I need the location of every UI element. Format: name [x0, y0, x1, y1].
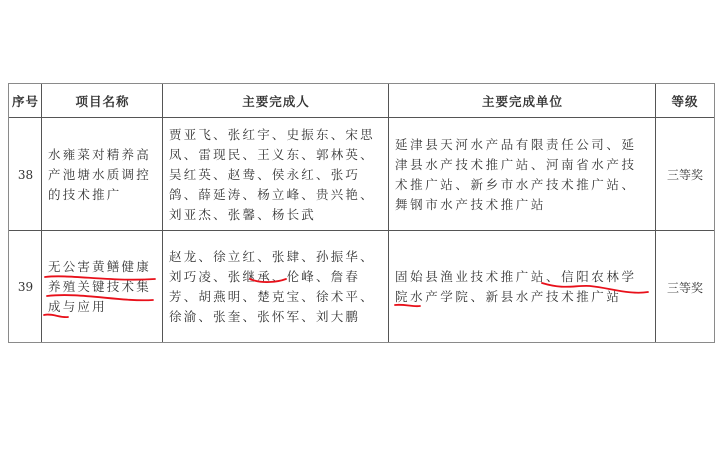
row-39-grade: 三等奖	[656, 231, 714, 343]
row-38-persons: 贾亚飞、张红宇、史振东、宋思凤、雷现民、王义东、郭林英、吴红英、赵鸯、侯永红、张…	[163, 118, 389, 231]
row-38-project: 水雍菜对精养高产池塘水质调控的技术推广	[42, 118, 163, 231]
row-39-persons: 赵龙、徐立红、张肆、孙振华、刘巧凌、张继承、伦峰、詹春芳、胡燕明、楚克宝、徐术平…	[163, 231, 389, 343]
row-38-seq: 38	[9, 118, 42, 231]
header-persons: 主要完成人	[163, 84, 389, 118]
row-39-units: 固始县渔业技术推广站、信阳农林学院水产学院、新县水产技术推广站	[389, 231, 656, 343]
header-units: 主要完成单位	[389, 84, 656, 118]
awards-table: 序号 项目名称 主要完成人 主要完成单位 等级 38 水雍菜对精养高产池塘水质调…	[8, 83, 715, 343]
row-39-project: 无公害黄鳝健康养殖关键技术集成与应用	[42, 231, 163, 343]
header-project: 项目名称	[42, 84, 163, 118]
row-38-grade: 三等奖	[656, 118, 714, 231]
header-grade: 等级	[656, 84, 714, 118]
row-38-units: 延津县天河水产品有限责任公司、延津县水产技术推广站、河南省水产技术推广站、新乡市…	[389, 118, 656, 231]
header-seq: 序号	[9, 84, 42, 118]
row-39-seq: 39	[9, 231, 42, 343]
